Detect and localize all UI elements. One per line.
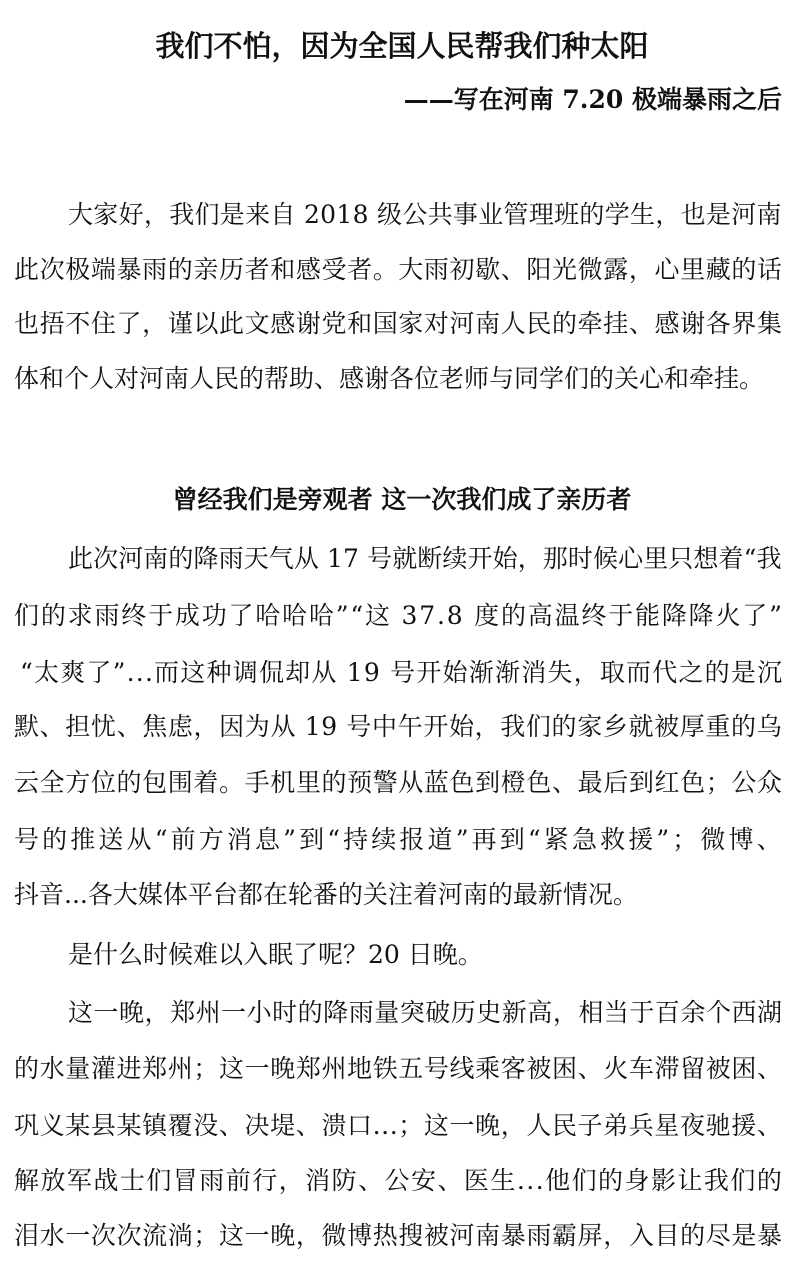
text-line: 大家好，我们是来自 2018 级公共事业管理班的学生，也是河南 — [68, 200, 782, 230]
text-line: 是什么时候难以入眠了呢？20 日晚。 — [68, 940, 782, 970]
text-line: 默、担忧、焦虑，因为从 19 号中午开始，我们的家乡就被厚重的乌 — [14, 712, 782, 742]
text-line: 此次极端暴雨的亲历者和感受者。大雨初歇、阳光微露，心里藏的话 — [14, 255, 782, 285]
text-line: 泪水一次次流淌；这一晚，微博热搜被河南暴雨霸屏，入目的尽是暴 — [14, 1221, 782, 1251]
text-line: 此次河南的降雨天气从 17 号就断续开始，那时候心里只想着“我 — [68, 544, 782, 574]
text-line: 抖音...各大媒体平台都在轮番的关注着河南的最新情况。 — [14, 880, 782, 910]
text-line: 的水量灌进郑州；这一晚郑州地铁五号线乘客被困、火车滞留被困、 — [14, 1054, 782, 1084]
text-line: 巩义某县某镇覆没、决堤、溃口...；这一晚，人民子弟兵星夜驰援、 — [14, 1111, 782, 1141]
text-line: 号的推送从“前方消息”到“持续报道”再到“紧急救援”；微博、 — [14, 825, 782, 855]
text-line: 云全方位的包围着。手机里的预警从蓝色到橙色、最后到红色；公众 — [14, 768, 782, 798]
text-line: 体和个人对河南人民的帮助、感谢各位老师与同学们的关心和牵挂。 — [14, 364, 782, 394]
section-heading: 曾经我们是旁观者 这一次我们成了亲历者 — [0, 484, 804, 516]
article-title: 我们不怕，因为全国人民帮我们种太阳 — [0, 28, 804, 64]
text-line: “太爽了”...而这种调侃却从 19 号开始渐渐消失，取而代之的是沉 — [20, 658, 782, 688]
text-line: 们的求雨终于成功了哈哈哈”“这 37.8 度的高温终于能降降火了” — [14, 601, 782, 631]
article-subtitle: ——写在河南 7.20 极端暴雨之后 — [404, 84, 782, 116]
text-line: 解放军战士们冒雨前行，消防、公安、医生...他们的身影让我们的 — [14, 1166, 782, 1196]
text-line: 也捂不住了，谨以此文感谢党和国家对河南人民的牵挂、感谢各界集 — [14, 309, 782, 339]
text-line: 这一晚，郑州一小时的降雨量突破历史新高，相当于百余个西湖 — [68, 998, 782, 1028]
